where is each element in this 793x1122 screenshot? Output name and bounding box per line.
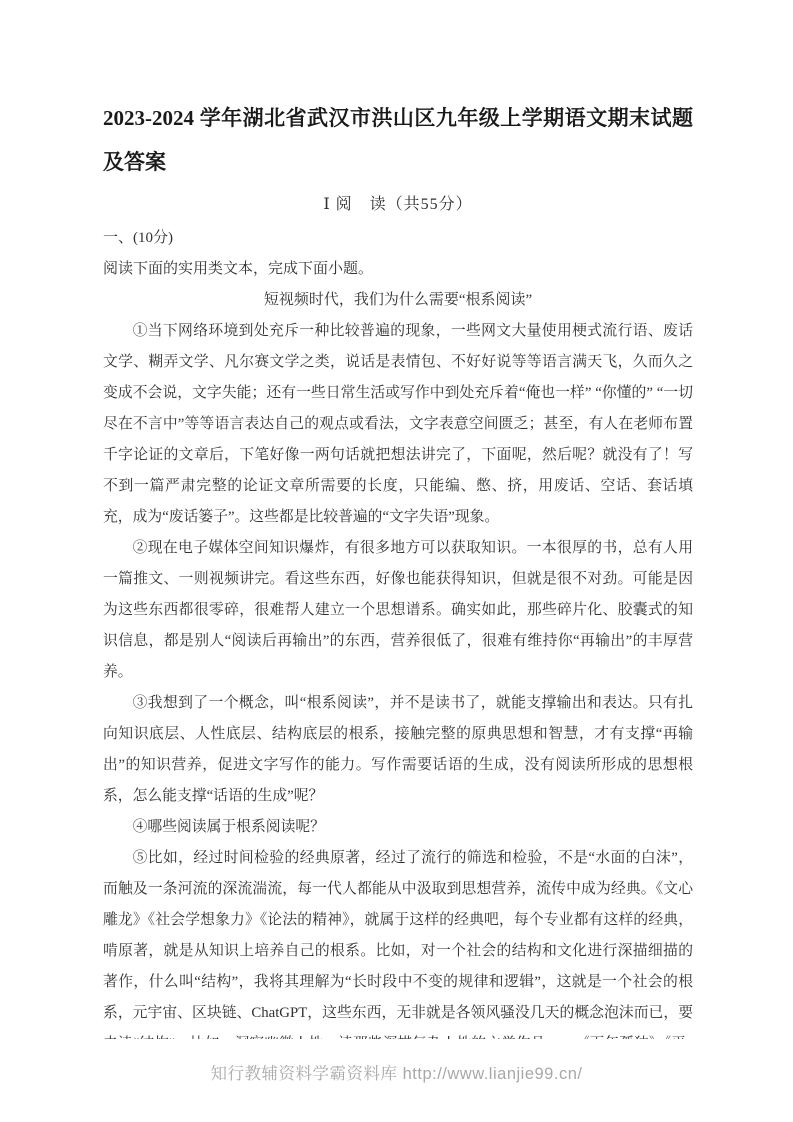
article-paragraph: ②现在电子媒体空间知识爆炸，有很多地方可以获取知识。一本很厚的书，总有人用一篇推… xyxy=(103,533,693,688)
article-paragraph: ④哪些阅读属于根系阅读呢？ xyxy=(103,812,693,843)
article-paragraph: ⑤比如，经过时间检验的经典原著，经过了流行的筛选和检验，不是“水面的白沫”，而触… xyxy=(103,843,693,1039)
document-content: 2023-2024 学年湖北省武汉市洪山区九年级上学期语文期末试题及答案 Ⅰ 阅… xyxy=(103,96,693,1039)
section-heading: Ⅰ 阅 读（共55分） xyxy=(103,190,693,220)
article-paragraph: ①当下网络环境到处充斥一种比较普遍的现象，一些网文大量使用梗式流行语、废话文学、… xyxy=(103,316,693,533)
article-paragraph: ③我想到了一个概念，叫“根系阅读”，并不是读书了，就能支撑输出和表达。只有扎向知… xyxy=(103,688,693,812)
article-body: ①当下网络环境到处充斥一种比较普遍的现象，一些网文大量使用梗式流行语、废话文学、… xyxy=(103,316,693,1039)
document-page: 2023-2024 学年湖北省武汉市洪山区九年级上学期语文期末试题及答案 Ⅰ 阅… xyxy=(0,0,793,1122)
reading-instruction: 阅读下面的实用类文本，完成下面小题。 xyxy=(103,254,693,285)
footer-watermark: 知行教辅资料学霸资料库 http://www.lianjie99.cn/ xyxy=(0,1060,793,1084)
document-title: 2023-2024 学年湖北省武汉市洪山区九年级上学期语文期末试题及答案 xyxy=(103,96,693,184)
part-label: 一、(10分) xyxy=(103,223,693,254)
article-title: 短视频时代，我们为什么需要“根系阅读” xyxy=(103,285,693,316)
